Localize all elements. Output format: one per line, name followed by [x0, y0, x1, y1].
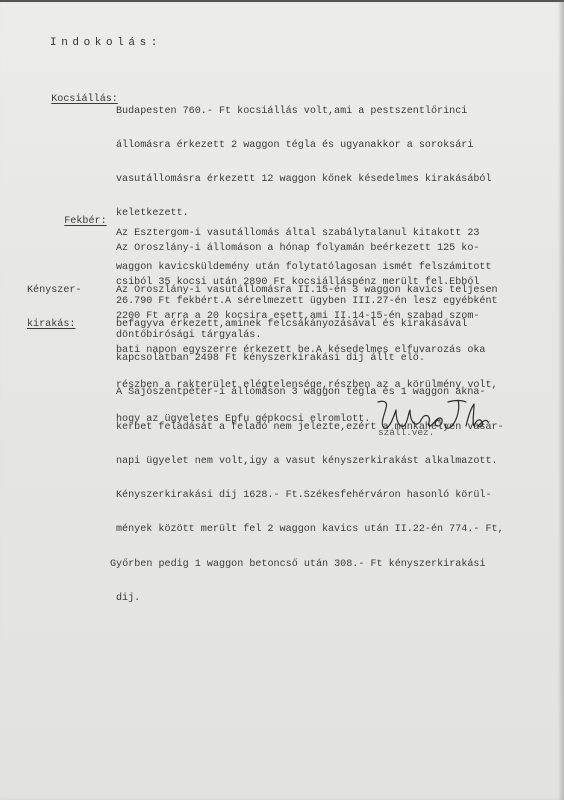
text-line: kapcsolatban 2498 Ft kényszerkirakási di…: [116, 353, 504, 364]
section-label-kocsiallas: Kocsiállás:: [27, 83, 118, 117]
signer-title: száll.vez.: [378, 427, 434, 438]
text-line: befagyva érkezett,aminek felcsákányozásá…: [116, 319, 504, 330]
document-page: Indokolás: Kocsiállás: Budapesten 760.- …: [0, 0, 564, 800]
document-heading: Indokolás:: [50, 38, 162, 49]
section-label-text: Kocsiállás:: [51, 94, 118, 105]
text-line: mények között merült fel 2 waggon kavics…: [116, 524, 504, 535]
text-line: dij.: [116, 593, 504, 604]
text-line: Az Oroszlány-i vasutállomásra II.15-én 3…: [116, 285, 504, 296]
section-label-kenyszerkirakas: Kényszer- kirakás:: [27, 262, 82, 353]
section-label-text: Kényszer-: [27, 285, 82, 296]
text-line: Győrben pedig 1 waggon betoncső után 308…: [110, 559, 504, 570]
text-line: Budapesten 760.- Ft kocsiállás volt,ami …: [116, 106, 498, 117]
section-body-kenyszerkirakas: Az Oroszlány-i vasutállomásra II.15-én 3…: [116, 262, 504, 627]
text-line: állomásra érkezett 2 waggon tégla és ugy…: [116, 140, 498, 151]
text-line: Kényszerkirakási dij 1628.- Ft.Székesfeh…: [116, 490, 504, 501]
section-label-fekber: Fekbér:: [40, 205, 107, 239]
text-line: Az Esztergom-i vasutállomás által szabál…: [116, 228, 498, 239]
text-line: vasutállomásra érkezett 12 waggon kőnek …: [116, 174, 498, 185]
text-line: napi ügyelet nem volt,igy a vasut kénysz…: [116, 456, 504, 467]
section-label-text: kirakás:: [27, 319, 75, 330]
section-label-text: Fekbér:: [64, 216, 106, 227]
